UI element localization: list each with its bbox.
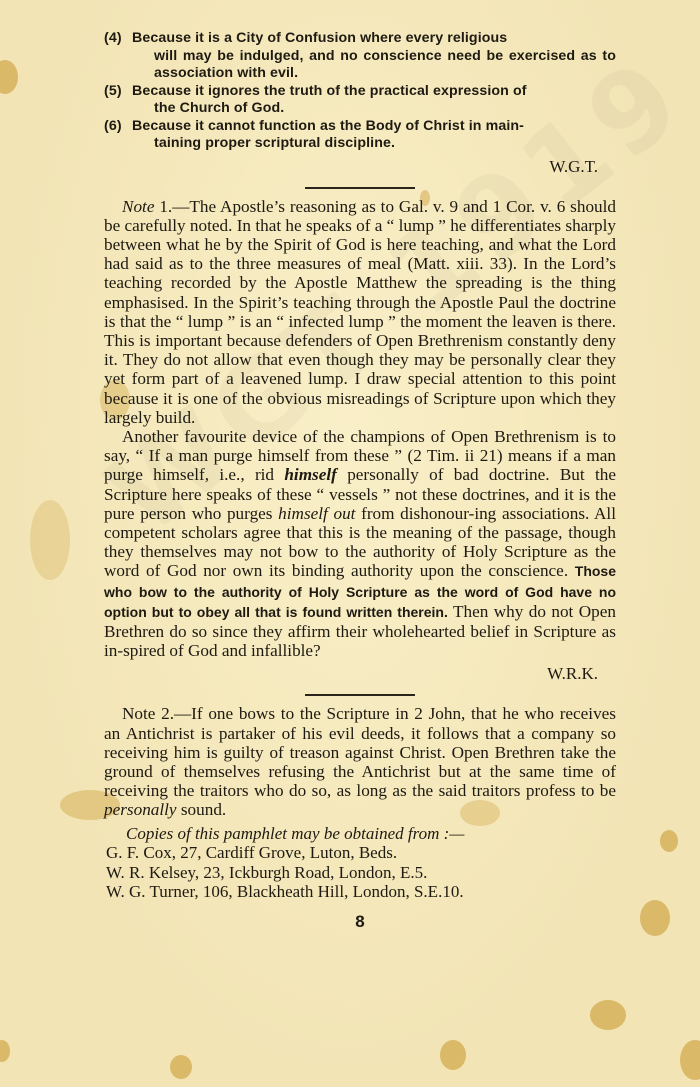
divider — [305, 694, 415, 696]
reason-number: (6) — [104, 118, 132, 153]
reason-continuation: will may be indulged, and no conscience … — [132, 48, 616, 83]
reason-number: (4) — [104, 30, 132, 83]
reason-continuation: the Church of God. — [132, 100, 616, 118]
address-line: W. R. Kelsey, 23, Ickburgh Road, London,… — [104, 863, 616, 883]
signature-wrk: W.R.K. — [104, 664, 616, 684]
note-number: 1. — [159, 197, 172, 216]
reason-first-line: Because it is a City of Confusion where … — [132, 30, 616, 48]
address-line: W. G. Turner, 106, Blackheath Hill, Lond… — [104, 882, 616, 902]
note-1-paragraph-2: Another favourite device of the champion… — [104, 427, 616, 660]
note-1: Note 1.—The Apostle’s reasoning as to Ga… — [104, 197, 616, 661]
note-label: Note — [122, 197, 154, 216]
copies-section: Copies of this pamphlet may be obtained … — [104, 824, 616, 902]
signature-wgt: W.G.T. — [104, 157, 616, 177]
text-run: Note 2.—If one bows to the Scripture in … — [104, 704, 616, 800]
page-number: 8 — [104, 912, 616, 932]
note-2-paragraph: Note 2.—If one bows to the Scripture in … — [104, 704, 616, 819]
reasons-list: (4) Because it is a City of Confusion wh… — [104, 30, 616, 153]
divider — [305, 187, 415, 189]
stain — [30, 500, 70, 580]
stain — [170, 1055, 192, 1079]
reason-text: Because it is a City of Confusion where … — [132, 30, 616, 83]
address-line: G. F. Cox, 27, Cardiff Grove, Luton, Bed… — [104, 843, 616, 863]
reason-item: (6) Because it cannot function as the Bo… — [104, 118, 616, 153]
reason-text: Because it ignores the truth of the prac… — [132, 83, 616, 118]
stain — [590, 1000, 626, 1030]
reason-first-line: Because it ignores the truth of the prac… — [132, 83, 616, 101]
note-1-paragraph-1: Note 1.—The Apostle’s reasoning as to Ga… — [104, 197, 616, 427]
copies-heading: Copies of this pamphlet may be obtained … — [104, 824, 616, 844]
emphasis: himself out — [278, 504, 355, 523]
stain — [640, 900, 670, 936]
stain — [660, 830, 678, 852]
reason-number: (5) — [104, 83, 132, 118]
text-run: sound. — [177, 800, 227, 819]
reason-item: (4) Because it is a City of Confusion wh… — [104, 30, 616, 83]
reason-text: Because it cannot function as the Body o… — [132, 118, 616, 153]
reason-continuation: taining proper scriptural discipline. — [132, 135, 616, 153]
emphasis: himself — [284, 465, 337, 484]
reason-first-line: Because it cannot function as the Body o… — [132, 118, 616, 136]
emphasis: personally — [104, 800, 177, 819]
page-content: (4) Because it is a City of Confusion wh… — [104, 30, 616, 932]
reason-item: (5) Because it ignores the truth of the … — [104, 83, 616, 118]
note-1-text: —The Apostle’s reasoning as to Gal. v. 9… — [104, 197, 616, 427]
stain — [440, 1040, 466, 1070]
note-2: Note 2.—If one bows to the Scripture in … — [104, 704, 616, 819]
